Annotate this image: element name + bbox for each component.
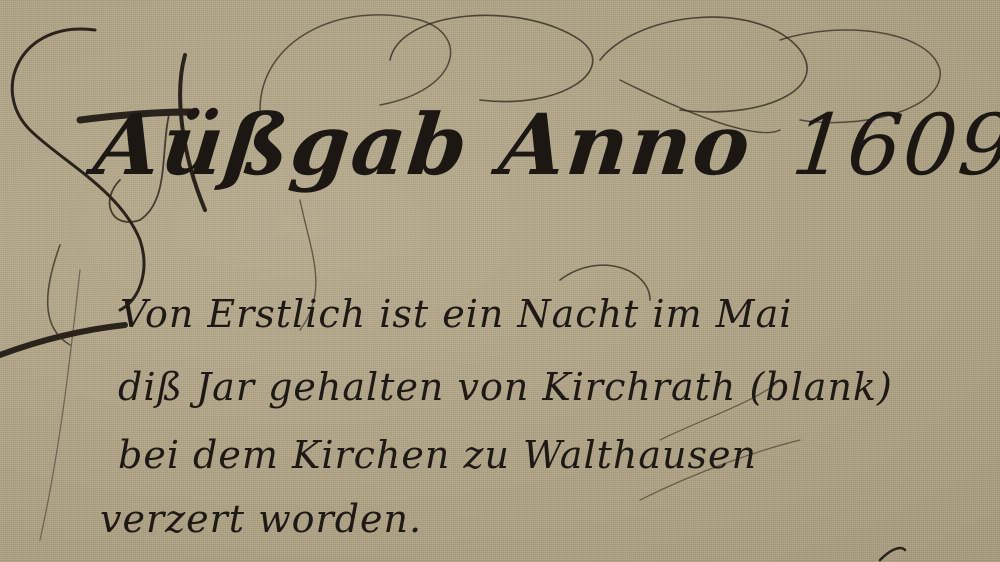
manuscript-line-1: Von Erstlich ist ein Nacht im Mai bbox=[120, 292, 792, 336]
manuscript-page: Aüßgab Anno 1609 / Von Erstlich ist ein … bbox=[0, 0, 1000, 562]
heading: Aüßgab Anno 1609 / bbox=[90, 95, 1000, 194]
heading-text: Aüßgab Anno bbox=[90, 95, 757, 194]
manuscript-line-2: diß Jar gehalten von Kirchrath (blank) bbox=[118, 365, 893, 409]
heading-year: 1609 bbox=[788, 96, 1000, 194]
manuscript-line-4: verzert worden. bbox=[100, 497, 422, 541]
calligraphic-flourishes bbox=[0, 0, 1000, 562]
manuscript-line-3: bei dem Kirchen zu Walthausen bbox=[118, 433, 757, 477]
